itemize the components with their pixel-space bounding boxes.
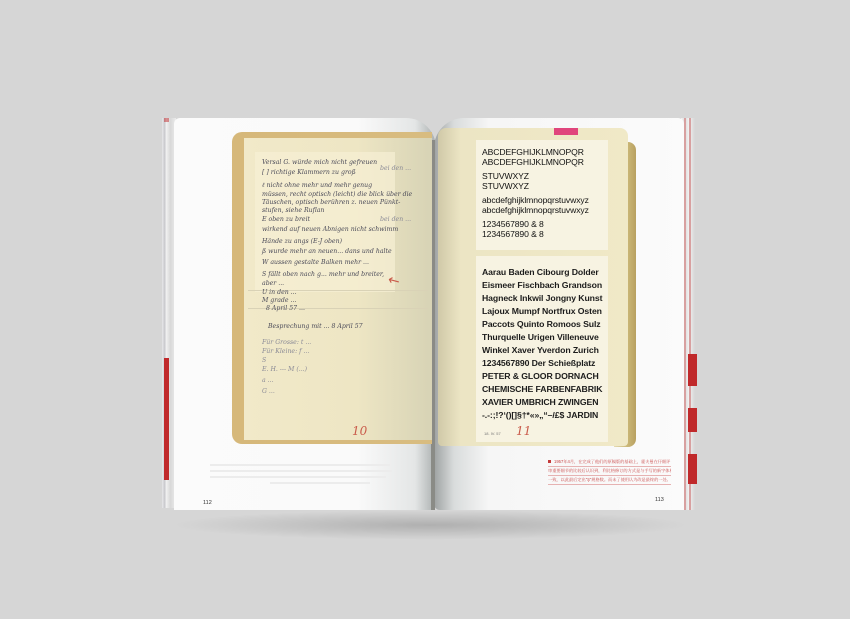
margin-note: bei den ...	[380, 215, 411, 224]
handwritten-page-number: 11	[516, 424, 531, 438]
specimen-line: abcdefghijklmnopqrstuvwxyz	[482, 195, 589, 205]
sample-line: XAVIER UMBRICH ZWINGEN	[482, 396, 598, 409]
page-number-right: 113	[655, 497, 664, 503]
handwriting-line: Hände zu angs (E-J oben)	[262, 237, 342, 246]
specimen-line: abcdefghijklmnopqrstuvwxyz	[482, 205, 589, 215]
margin-note: bei den ...	[380, 164, 411, 173]
sample-line: Winkel Xaver Yverdon Zurich	[482, 344, 599, 357]
handwriting-line: Für Grosse: t ...	[262, 338, 311, 347]
handwriting-line: Versal G. würde mich nicht gefreuen	[262, 158, 377, 167]
handwriting-line: G ...	[262, 387, 275, 396]
handwriting-line: 8 April 57 ...	[266, 304, 305, 313]
red-edge-marker	[164, 358, 169, 480]
sample-line: Eismeer Fischbach Grandson	[482, 279, 602, 292]
edge-stripe	[689, 118, 691, 510]
red-edge-marker	[688, 454, 697, 484]
sample-line: PETER & GLOOR DORNACH	[482, 370, 599, 383]
left-page-caption	[210, 464, 400, 488]
handwriting-line: Für Kleine: f ...	[262, 347, 309, 356]
caption-line: 1957年4月，在完成了他们的原稿版的基础上，霍夫曼在仔细评	[548, 458, 671, 467]
handwriting-line: E. H. --- M (...)	[262, 365, 307, 374]
pink-tab-marker	[554, 128, 578, 135]
sample-line: -.-:;!?‘()[]§†*«»„“–/£$ JARDIN	[482, 409, 598, 422]
specimen-line: STUVWXYZ	[482, 181, 529, 191]
handwritten-page-number: 10	[352, 424, 367, 438]
red-edge-marker	[688, 408, 697, 432]
edge-stripe	[684, 118, 686, 510]
handwriting-line: W aussen gestalte Balken mehr ...	[262, 258, 369, 267]
specimen-line: 1234567890 & 8	[482, 219, 544, 229]
handwriting-line: ß wurde mehr an neuen... dans und halte	[262, 247, 392, 256]
sample-line: Lajoux Mumpf Nortfrux Osten	[482, 305, 602, 318]
handwriting-line: wirkend auf neuen Abnigen nicht schwimm	[262, 225, 398, 234]
caption-text: 1957年4月，在完成了他们的原稿版的基础上，霍夫曼在仔细评	[554, 459, 670, 464]
caption-text-line	[210, 470, 392, 472]
specimen-line: ABCDEFGHIJKLMNOPQR	[482, 147, 584, 157]
caption-text-line	[210, 464, 390, 466]
sample-line: Paccots Quinto Romoos Sulz	[482, 318, 601, 331]
caption-text-line	[270, 482, 370, 484]
handwriting-line: [ ] richtige Klammern zu groß	[262, 168, 356, 177]
caption-text-line	[210, 476, 386, 478]
handwriting-line: stufen, siehe Ruflan	[262, 206, 324, 215]
caption-line: 一致，以此最后定出“Ş”规格数。而未了使用认为改是最终的一处。	[548, 476, 671, 485]
card-footnote: 18. IV. 57	[484, 431, 501, 436]
red-edge-marker	[688, 354, 697, 386]
book-shadow	[170, 510, 690, 540]
bullet-icon	[548, 460, 551, 463]
sample-line: Thurquelle Urigen Villeneuve	[482, 331, 599, 344]
alphabet-specimen-card: ABCDEFGHIJKLMNOPQR ABCDEFGHIJKLMNOPQR ST…	[476, 140, 608, 250]
sample-line: Aarau Baden Cibourg Dolder	[482, 266, 599, 279]
handwriting-line: ℓ nicht ohne mehr und mehr genug	[262, 181, 372, 190]
specimen-line: 1234567890 & 8	[482, 229, 544, 239]
handwriting-line: E oben zu breit	[262, 215, 310, 224]
handwriting-line: aber ...	[262, 279, 284, 288]
specimen-line: STUVWXYZ	[482, 171, 529, 181]
book-photo-scene: Versal G. würde mich nicht gefreuen [ ] …	[0, 0, 850, 619]
caption-line: 审重要细节的比较后认识到，利比格修订的方式是与手写的新字体相近	[548, 467, 671, 476]
handwriting-line: S	[262, 356, 266, 365]
handwriting-heading: Besprechung mit ... 8 April 57	[268, 322, 363, 331]
sample-line: CHEMISCHE FARBENFABRIK	[482, 383, 602, 396]
word-sample-card: Aarau Baden Cibourg Dolder Eismeer Fisch…	[476, 256, 608, 442]
right-page-caption: 1957年4月，在完成了他们的原稿版的基础上，霍夫曼在仔细评 审重要细节的比较后…	[548, 458, 671, 485]
specimen-line: ABCDEFGHIJKLMNOPQR	[482, 157, 584, 167]
sample-line: 1234567890 Der Schießplatz	[482, 357, 595, 370]
handwriting-line: a ...	[262, 376, 274, 385]
sample-line: Hagneck Inkwil Jongny Kunst	[482, 292, 602, 305]
page-number-left: 112	[203, 500, 212, 506]
handwriting-line: S fällt oben nach g... mehr und breiter,	[262, 270, 384, 279]
red-edge-line	[164, 118, 169, 122]
